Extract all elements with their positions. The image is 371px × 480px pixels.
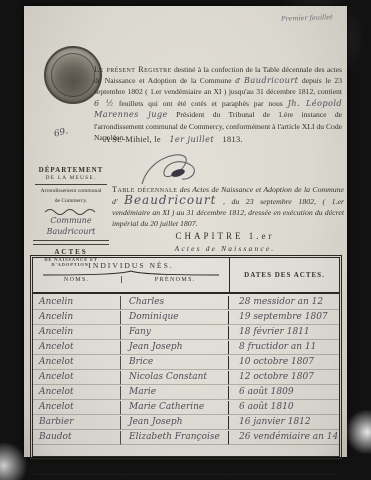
cell-empty [121, 474, 229, 475]
dateline-place: A St.-Mihiel, le [104, 135, 161, 144]
table-row: Ancelot Brice 10 octobre 1807 [33, 355, 339, 370]
margin-rule [35, 184, 107, 185]
cell-date: 6 août 1809 [229, 386, 339, 400]
cell-empty [229, 459, 339, 460]
table-row-empty [33, 460, 339, 475]
cell-nom: Ancelin [33, 326, 121, 340]
individus-nes-group: INDIVIDUS NÉS. NOMS. PRÉNOMS. [33, 258, 230, 292]
cell-prenom: Charles [121, 296, 229, 310]
cell-prenom: Marie Catherine [121, 401, 229, 415]
folio-number: 69. [53, 126, 69, 139]
cell-prenom: Nicolas Constant [121, 371, 229, 385]
table-row: Ancelot Marie 6 août 1809 [33, 385, 339, 400]
col-header-dates: DATES DES ACTES. [230, 258, 339, 292]
table-header: INDIVIDUS NÉS. NOMS. PRÉNOMS. DATES DES … [33, 258, 339, 294]
cell-nom: Barbier [33, 416, 121, 430]
cell-prenom: Brice [121, 356, 229, 370]
margin-handwritten-commune-label: Commune [29, 216, 113, 226]
cell-date: 10 octobre 1807 [229, 356, 339, 370]
handwritten-commune-name-2: Beaudricourt [124, 193, 216, 207]
cell-date: 12 octobre 1807 [229, 371, 339, 385]
handwritten-feuillet-count: 6 ½ [94, 98, 114, 108]
actes-label: ACTES [29, 248, 113, 256]
cell-date: 16 janvier 1812 [229, 416, 339, 430]
table-row: Ancelot Marie Catherine 6 août 1810 [33, 400, 339, 415]
cell-nom: Ancelin [33, 296, 121, 310]
table-row: Ancelin Charles 28 messidor an 12 [33, 295, 339, 310]
cell-nom: Ancelot [33, 356, 121, 370]
arrondissement-label: Arrondissement communal [29, 188, 113, 196]
chapter-title: CHAPITRE 1.er [112, 231, 338, 241]
double-rule [33, 240, 109, 245]
table-row: Ancelot Nicolas Constant 12 octobre 1807 [33, 370, 339, 385]
cell-empty [33, 459, 121, 460]
handwritten-date: 1er juillet [169, 134, 214, 144]
chapter-heading: CHAPITRE 1.er Actes de Naissance. [112, 231, 338, 253]
cell-prenom: Jean Joseph [121, 341, 229, 355]
register-declaration-paragraph: Le présent Registre destiné à la confect… [94, 64, 342, 144]
dateline: A St.-Mihiel, le 1er juillet 1813. [104, 134, 243, 144]
table-body: Ancelin Charles 28 messidor an 12 Anceli… [33, 295, 339, 456]
table-row: Ancelot Jean Joseph 8 fructidor an 11 [33, 340, 339, 355]
table-row: Barbier Jean Joseph 16 janvier 1812 [33, 415, 339, 430]
departement-label: DÉPARTEMENT [29, 166, 113, 174]
cell-empty [229, 474, 339, 475]
register-seg3: feuillets qui ont été cotés et paraphés … [119, 99, 283, 108]
cell-date: 18 février 1811 [229, 326, 339, 340]
table-row: Ancelin Dominique 19 septembre 1807 [33, 310, 339, 325]
cell-date: 8 fructidor an 11 [229, 341, 339, 355]
cell-prenom: Dominique [121, 311, 229, 325]
cell-date: 28 messidor an 12 [229, 296, 339, 310]
col-header-prenoms: PRÉNOMS. [122, 276, 229, 283]
cell-nom: Ancelot [33, 401, 121, 415]
arrondissement-name: de Commercy. [29, 198, 113, 206]
squiggle-divider-icon [43, 207, 99, 215]
chapter-subtitle: Actes de Naissance. [112, 244, 338, 253]
decennial-table-intro: Table décennale des Actes de Naissance e… [112, 184, 344, 229]
table-row: Ancelin Fany 18 février 1811 [33, 325, 339, 340]
births-table: INDIVIDUS NÉS. NOMS. PRÉNOMS. DATES DES … [32, 257, 340, 457]
cell-date: 26 vendémiaire an 14 [229, 431, 339, 445]
register-page: Premier feuillet 69. Le présent Registre… [24, 6, 347, 457]
cell-empty [33, 474, 121, 475]
table-row: Baudot Elizabeth Françoise 26 vendémiair… [33, 430, 339, 445]
group-header-label: INDIVIDUS NÉS. [33, 258, 229, 270]
cell-nom: Ancelot [33, 371, 121, 385]
subcolumn-headers: NOMS. PRÉNOMS. [33, 276, 229, 283]
departement-name: DE LA MEUSE. [29, 175, 113, 181]
cell-prenom: Elizabeth Françoise [121, 431, 229, 445]
cell-empty [121, 459, 229, 460]
corner-handwritten-note: Premier feuillet [281, 13, 333, 23]
cell-nom: Baudot [33, 431, 121, 445]
cell-nom: Ancelot [33, 341, 121, 355]
handwritten-commune-name: Baudricourt [244, 75, 298, 85]
col-header-noms: NOMS. [33, 276, 122, 283]
cell-date: 19 septembre 1807 [229, 311, 339, 325]
cell-prenom: Fany [121, 326, 229, 340]
cell-nom: Ancelot [33, 386, 121, 400]
cell-prenom: Marie [121, 386, 229, 400]
cell-date: 6 août 1810 [229, 401, 339, 415]
table-row-empty [33, 445, 339, 460]
register-opening: Le présent Registre [94, 65, 172, 74]
cell-prenom: Jean Joseph [121, 416, 229, 430]
margin-heading-box: DÉPARTEMENT DE LA MEUSE. Arrondissement … [29, 166, 113, 267]
dateline-year: 1813. [223, 135, 243, 144]
cell-nom: Ancelin [33, 311, 121, 325]
margin-handwritten-commune-name: Baudricourt [29, 227, 113, 237]
